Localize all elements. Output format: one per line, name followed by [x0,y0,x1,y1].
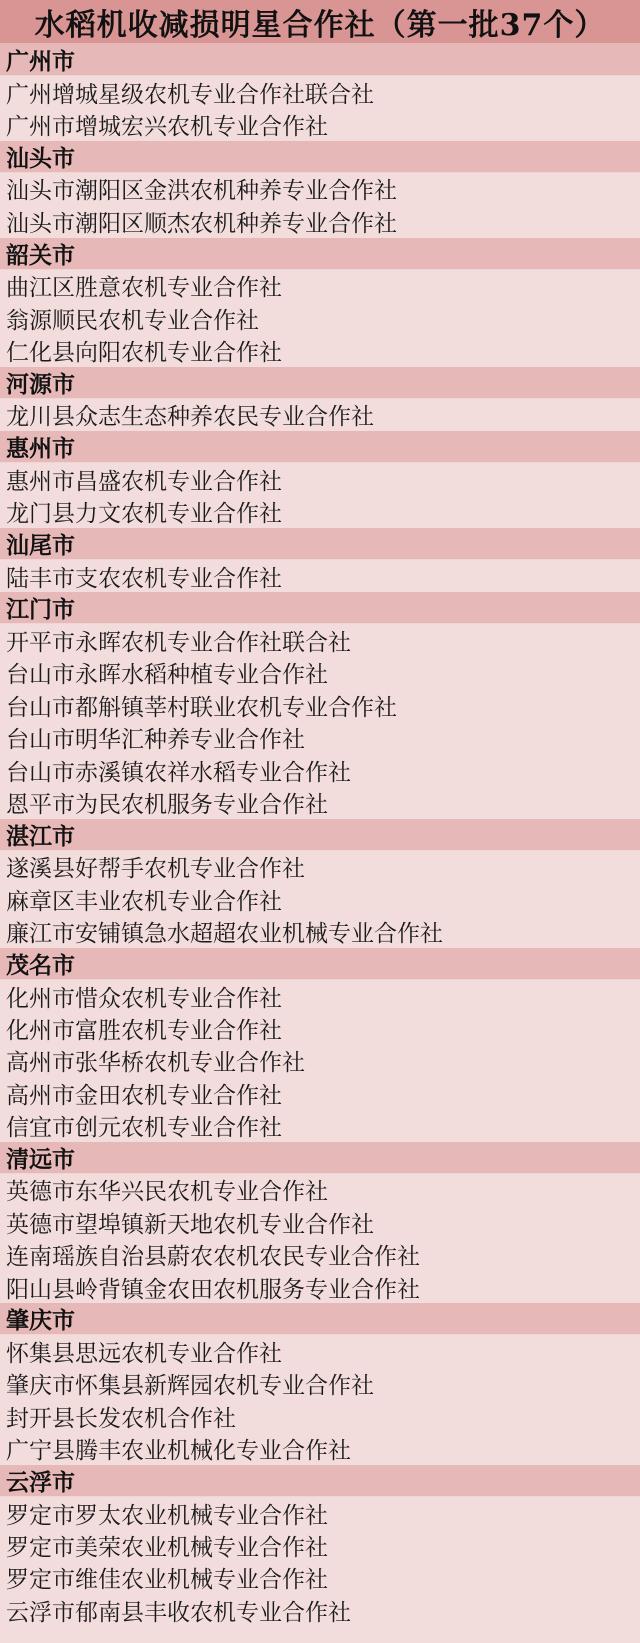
cooperative-item: 罗定市维佳农业机械专业合作社 [0,1562,640,1594]
cooperative-item: 连南瑶族自治县蔚农农机农民专业合作社 [0,1239,640,1271]
cooperative-item: 化州市富胜农机专业合作社 [0,1012,640,1044]
city-header: 韶关市 [0,238,640,270]
cooperative-item: 惠州市昌盛农机专业合作社 [0,463,640,495]
cooperative-item: 台山市都斛镇莘村联业农机专业合作社 [0,689,640,721]
cooperative-item: 翁源顺民农机专业合作社 [0,302,640,334]
cooperative-item: 广州增城星级农机专业合作社联合社 [0,76,640,108]
cooperative-item: 化州市惜众农机专业合作社 [0,980,640,1012]
list-body: 广州市广州增城星级农机专业合作社联合社广州市增城宏兴农机专业合作社汕头市汕头市潮… [0,44,640,1626]
cooperative-item: 高州市张华桥农机专业合作社 [0,1045,640,1077]
cooperative-item: 曲江区胜意农机专业合作社 [0,270,640,302]
cooperative-item: 仁化县向阳农机专业合作社 [0,334,640,366]
cooperative-item: 开平市永晖农机专业合作社联合社 [0,624,640,656]
cooperative-item: 台山市赤溪镇农祥水稻专业合作社 [0,754,640,786]
city-header: 河源市 [0,367,640,399]
cooperative-item: 信宜市创元农机专业合作社 [0,1109,640,1141]
city-header: 广州市 [0,44,640,76]
cooperative-item: 龙门县力文农机专业合作社 [0,496,640,528]
cooperative-item: 广宁县腾丰农业机械化专业合作社 [0,1433,640,1465]
city-header: 清远市 [0,1142,640,1174]
cooperative-item: 封开县长发农机合作社 [0,1400,640,1432]
cooperative-item: 汕头市潮阳区顺杰农机种养专业合作社 [0,205,640,237]
cooperative-item: 英德市望埠镇新天地农机专业合作社 [0,1206,640,1238]
city-header: 茂名市 [0,948,640,980]
cooperative-item: 汕头市潮阳区金洪农机种养专业合作社 [0,173,640,205]
city-header: 汕尾市 [0,528,640,560]
cooperative-item: 怀集县思远农机专业合作社 [0,1335,640,1367]
cooperative-item: 罗定市罗太农业机械专业合作社 [0,1497,640,1529]
cooperative-item: 云浮市郁南县丰收农机专业合作社 [0,1594,640,1626]
cooperative-item: 阳山县岭背镇金农田农机服务专业合作社 [0,1271,640,1303]
cooperative-item: 恩平市为民农机服务专业合作社 [0,786,640,818]
cooperative-item: 英德市东华兴民农机专业合作社 [0,1174,640,1206]
cooperative-item: 台山市永晖水稻种植专业合作社 [0,657,640,689]
page-title: 水稻机收减损明星合作社（第一批37个） [0,0,640,44]
cooperative-list-sheet: 水稻机收减损明星合作社（第一批37个） 广州市广州增城星级农机专业合作社联合社广… [0,0,640,1626]
city-header: 肇庆市 [0,1303,640,1335]
cooperative-item: 罗定市美荣农业机械专业合作社 [0,1529,640,1561]
city-header: 湛江市 [0,819,640,851]
cooperative-item: 广州市增城宏兴农机专业合作社 [0,108,640,140]
cooperative-item: 遂溪县好帮手农机专业合作社 [0,851,640,883]
cooperative-item: 陆丰市支农农机专业合作社 [0,560,640,592]
cooperative-item: 龙川县众志生态种养农民专业合作社 [0,399,640,431]
city-header: 云浮市 [0,1465,640,1497]
cooperative-item: 肇庆市怀集县新辉园农机专业合作社 [0,1368,640,1400]
city-header: 汕头市 [0,141,640,173]
cooperative-item: 高州市金田农机专业合作社 [0,1077,640,1109]
cooperative-item: 麻章区丰业农机专业合作社 [0,883,640,915]
cooperative-item: 廉江市安铺镇急水超超农业机械专业合作社 [0,915,640,947]
city-header: 惠州市 [0,431,640,463]
city-header: 江门市 [0,592,640,624]
cooperative-item: 台山市明华汇种养专业合作社 [0,721,640,753]
